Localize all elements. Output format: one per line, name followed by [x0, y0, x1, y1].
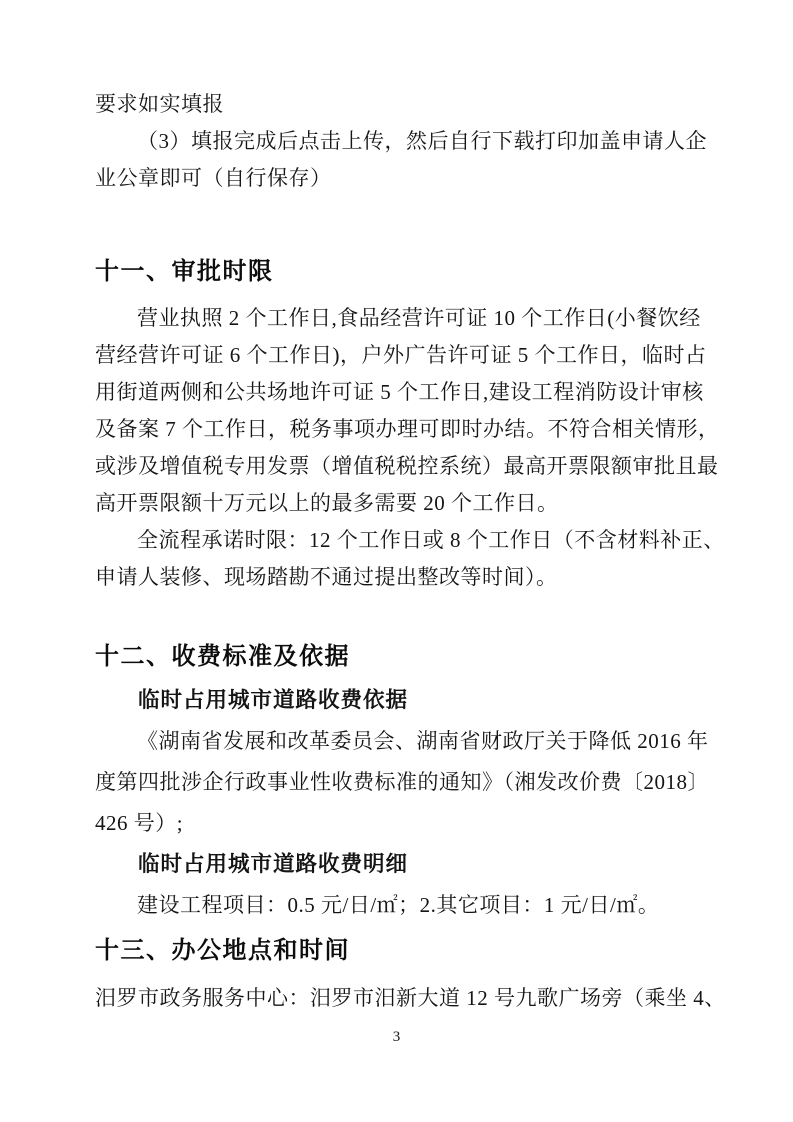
text-line: 营经营许可证 6 个工作日)，户外广告许可证 5 个工作日，临时占 [95, 337, 703, 374]
text-line: 业公章即可（自行保存） [95, 160, 703, 197]
sub-heading-line: 临时占用城市道路收费依据 [95, 680, 703, 721]
page-number: 3 [0, 1029, 793, 1046]
text-line: 或涉及增值税专用发票（增值税税控系统）最高开票限额审批且最 [95, 448, 703, 485]
section-body-fee-standards: 临时占用城市道路收费依据《湖南省发展和改革委员会、湖南省财政厅关于降低 2016… [95, 680, 703, 926]
text-line: 度第四批涉企行政事业性收费标准的通知》（湘发改价费〔2018〕 [95, 762, 703, 803]
section-heading-approval-time-limit: 十一、审批时限 [95, 257, 703, 287]
intro-paragraph: 要求如实填报（3）填报完成后点击上传，然后自行下载打印加盖申请人企业公章即可（自… [95, 86, 703, 197]
section-heading-fee-standards: 十二、收费标准及依据 [95, 642, 703, 672]
text-line: （3）填报完成后点击上传，然后自行下载打印加盖申请人企 [95, 123, 703, 160]
document-page: 要求如实填报（3）填报完成后点击上传，然后自行下载打印加盖申请人企业公章即可（自… [0, 0, 793, 1122]
section-approval-time-limit: 十一、审批时限 营业执照 2 个工作日,食品经营许可证 10 个工作日(小餐饮经… [95, 257, 703, 596]
text-line: 《湖南省发展和改革委员会、湖南省财政厅关于降低 2016 年 [95, 721, 703, 762]
text-line: 汨罗市政务服务中心：汨罗市汨新大道 12 号九歌广场旁（乘坐 4、 [95, 977, 703, 1019]
section-office-location-hours: 十三、办公地点和时间 汨罗市政务服务中心：汨罗市汨新大道 12 号九歌广场旁（乘… [95, 936, 703, 1019]
section-heading-office-location-hours: 十三、办公地点和时间 [95, 936, 703, 966]
text-line: 用街道两侧和公共场地许可证 5 个工作日,建设工程消防设计审核 [95, 374, 703, 411]
text-line: 申请人装修、现场踏勘不通过提出整改等时间）。 [95, 559, 703, 596]
section-fee-standards: 十二、收费标准及依据 临时占用城市道路收费依据《湖南省发展和改革委员会、湖南省财… [95, 642, 703, 926]
text-line: 全流程承诺时限：12 个工作日或 8 个工作日（不含材料补正、 [95, 522, 703, 559]
text-line: 426 号）; [95, 803, 703, 844]
section-body-approval-time-limit: 营业执照 2 个工作日,食品经营许可证 10 个工作日(小餐饮经营经营许可证 6… [95, 300, 703, 596]
text-line: 营业执照 2 个工作日,食品经营许可证 10 个工作日(小餐饮经 [95, 300, 703, 337]
sub-heading-line: 临时占用城市道路收费明细 [95, 844, 703, 885]
text-line: 高开票限额十万元以上的最多需要 20 个工作日。 [95, 485, 703, 522]
text-line: 建设工程项目：0.5 元/日/㎡；2.其它项目：1 元/日/㎡。 [95, 885, 703, 926]
section-body-office-location-hours: 汨罗市政务服务中心：汨罗市汨新大道 12 号九歌广场旁（乘坐 4、 [95, 977, 703, 1019]
text-line: 要求如实填报 [95, 86, 703, 123]
text-line: 及备案 7 个工作日，税务事项办理可即时办结。不符合相关情形， [95, 411, 703, 448]
